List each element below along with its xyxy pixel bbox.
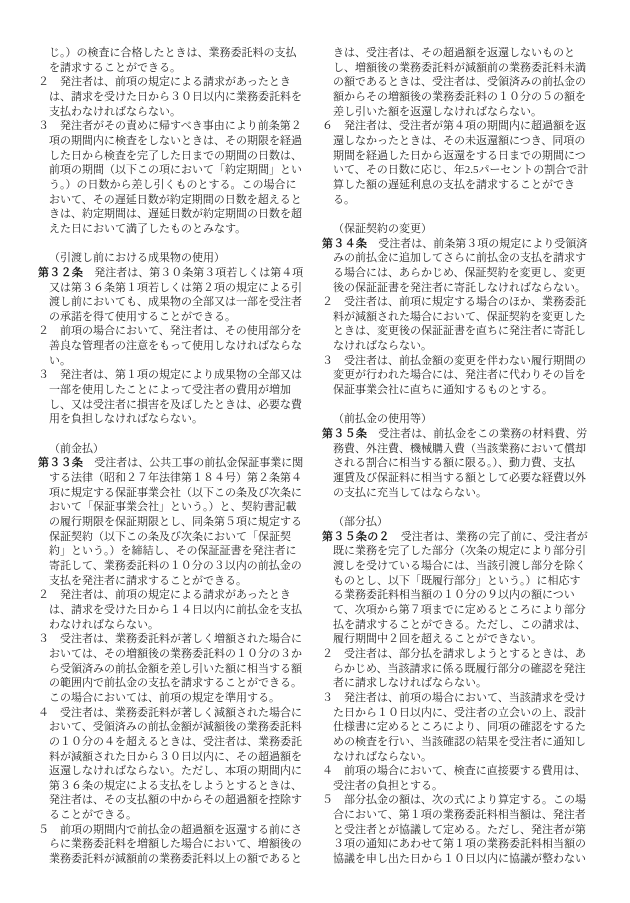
text-line: めの検査を行い、当該確認の結果を受注者に通知し <box>322 735 598 750</box>
text-line: の１０分の４を超えるときは、受注者は、業務委託 <box>38 735 314 750</box>
text-line: 合において、第１項の業務委託料相当額は、発注者 <box>322 808 598 823</box>
blank-line <box>38 427 314 442</box>
text-line: 用を負担しなければならない。 <box>38 412 314 427</box>
text-line: ることができる。 <box>38 808 314 823</box>
text-line: う。）の日数から差し引くものとする。この場合に <box>38 178 314 193</box>
text-line: 支払を発注者に請求することができる。 <box>38 574 314 589</box>
text-line: ３ 発注者は、第１項の規定により成果物の全部又は <box>38 368 314 383</box>
text-line: 前項の期間（以下この項において「約定期間」とい <box>38 163 314 178</box>
text-line: みの前払金に追加してさらに前払金の支払を請求す <box>322 251 598 266</box>
text-line: 料が減額された場合において、保証契約を変更した <box>322 310 598 325</box>
text-line: ２ 受注者は、前項に規定する場合のほか、業務委託 <box>322 295 598 310</box>
text-line: ４ 前項の場合において、検査に直接要する費用は、 <box>322 764 598 779</box>
text-line: 返還しなければならない。ただし、本項の期間内に <box>38 764 314 779</box>
text-line: らかじめ、当該請求に係る既履行部分の確認を発注 <box>322 662 598 677</box>
text-line: る場合には、あらかじめ、保証契約を変更し、変更 <box>322 266 598 281</box>
text-line: 項の期間内に検査をしないときは、その期限を経過 <box>38 134 314 149</box>
text-column-right: きは、受注者は、その超過額を返還しないものとし、増額後の業務委託料が減額前の業務… <box>322 46 598 867</box>
text-line: 支払わなければならない。 <box>38 105 314 120</box>
text-line: 者に請求しなければならない。 <box>322 676 598 691</box>
article-number: 第３５条の２ <box>322 531 390 543</box>
article-number: 第３４条 <box>322 238 367 250</box>
text-line: ４ 受注者は、業務委託料が著しく減額された場合に <box>38 706 314 721</box>
text-line: は、請求を受けた日から１４日以内に前払金を支払 <box>38 603 314 618</box>
text-line: ６ 発注者は、受注者が第４項の期間内に超過額を返 <box>322 119 598 134</box>
text-line: の支払に充当してはならない。 <box>322 486 598 501</box>
text-column-left: じ。）の検査に合格したときは、業務委託料の支払を請求することができる。２ 発注者… <box>38 46 314 867</box>
text-line: 発注者は、その支払額の中からその超過額を控除す <box>38 793 314 808</box>
text-line: 還しなかったときは、その未返還額につき、同項の <box>322 134 598 149</box>
text-line: ３ 発注者は、前項の場合において、当該請求を受け <box>322 691 598 706</box>
text-line: 又は第３６条第１項若しくは第２項の規定による引 <box>38 281 314 296</box>
text-line: 差し引いた額を返還しなければならない。 <box>322 105 598 120</box>
text-line: えた日において満了したものとみなす。 <box>38 222 314 237</box>
text-line: し、増額後の業務委託料が減額前の業務委託料未満 <box>322 61 598 76</box>
article-line: 第３２条 発注者は、第３０条第３項若しくは第４項 <box>38 266 314 281</box>
text-line: 項に規定する保証事業会社（以下この条及び次条に <box>38 486 314 501</box>
text-line: おいて、受領済みの前払金額が減額後の業務委託料 <box>38 720 314 735</box>
text-line: の履行期限を保証期限とし、同条第５項に規定する <box>38 515 314 530</box>
text-line: ５ 部分払金の額は、次の式により算定する。この場 <box>322 793 598 808</box>
text-line: ら受領済みの前払金額を差し引いた額に相当する額 <box>38 662 314 677</box>
text-line: 渡しを受けている場合には、当該引渡し部分を除く <box>322 559 598 574</box>
article-line: 第３３条 受注者は、公共工事の前払金保証事業に関 <box>38 456 314 471</box>
text-line: わなければならない。 <box>38 618 314 633</box>
text-line: 変更が行われた場合には、発注者に代わりその旨を <box>322 368 598 383</box>
blank-line <box>322 398 598 413</box>
text-line: ときは、変更後の保証証書を直ちに発注者に寄託し <box>322 324 598 339</box>
text-line: ２ 発注者は、前項の規定による請求があったとき <box>38 75 314 90</box>
text-line: の範囲内で前払金の支払を請求することができる。 <box>38 676 314 691</box>
text-line: この場合においては、前項の規定を準用する。 <box>38 691 314 706</box>
blank-line <box>322 500 598 515</box>
text-line: 後の保証証書を発注者に寄託しなければならない。 <box>322 281 598 296</box>
text-line: る業務委託料相当額の１０分の９以内の額につい <box>322 588 598 603</box>
text-line: ものとし、以下「既履行部分」という。）に相応す <box>322 574 598 589</box>
text-line: おいて「保証事業会社」という。）と、契約書記載 <box>38 500 314 515</box>
text-line: 受注者の負担とする。 <box>322 779 598 794</box>
article-line: 第３５条の２ 受注者は、業務の完了前に、受注者が <box>322 530 598 545</box>
text-line: じ。）の検査に合格したときは、業務委託料の支払 <box>38 46 314 61</box>
text-line: 払を請求することができる。ただし、この請求は、 <box>322 618 598 633</box>
text-line: 約」という。）を締結し、その保証証書を発注者に <box>38 544 314 559</box>
blank-line <box>322 207 598 222</box>
article-number: 第３５条 <box>322 428 367 440</box>
text-line: ２ 受注者は、部分払を請求しようとするときは、あ <box>322 647 598 662</box>
text-line: ３ 発注者がその責めに帰すべき事由により前条第２ <box>38 119 314 134</box>
article-line: 第３５条 受注者は、前払金をこの業務の材料費、労 <box>322 427 598 442</box>
text-line: なければならない。 <box>322 750 598 765</box>
text-line: を請求することができる。 <box>38 61 314 76</box>
text-line: 算した額の遅延利息の支払を請求することができ <box>322 178 598 193</box>
text-line: 履行期間中２回を超えることができない。 <box>322 632 598 647</box>
text-line: 保証契約（以下この条及び次条において「保証契 <box>38 530 314 545</box>
section-heading: （部分払） <box>322 515 598 530</box>
text-line: 料が減額された日から３０日以内に、その超過額を <box>38 750 314 765</box>
text-line: おいて、その遅延日数が約定期間の日数を超えると <box>38 193 314 208</box>
text-line: 業務委託料が減額前の業務委託料以上の額であると <box>38 852 314 867</box>
document-page: じ。）の検査に合格したときは、業務委託料の支払を請求することができる。２ 発注者… <box>0 0 630 903</box>
blank-line <box>38 237 314 252</box>
text-line: おいては、その増額後の業務委託料の１０分の３か <box>38 647 314 662</box>
text-line: の額であるときは、受注者は、受領済みの前払金の <box>322 75 598 90</box>
section-heading: （引渡し前における成果物の使用） <box>38 251 314 266</box>
text-line: ２ 前項の場合において、発注者は、その使用部分を <box>38 324 314 339</box>
text-line: 渡し前においても、成果物の全部又は一部を受注者 <box>38 295 314 310</box>
text-line: し、又は受注者に損害を及ぼしたときは、必要な費 <box>38 398 314 413</box>
text-line: 仕様書に定めるところにより、同項の確認をするた <box>322 720 598 735</box>
text-line: 額からその増額後の業務委託料の１０分の５の額を <box>322 90 598 105</box>
text-line: は、請求を受けた日から３０日以内に業務委託料を <box>38 90 314 105</box>
text-line: きは、受注者は、その超過額を返還しないものと <box>322 46 598 61</box>
text-line: 運賃及び保証料に相当する額として必要な経費以外 <box>322 471 598 486</box>
text-line: 期間を経過した日から返還をする日までの期間につ <box>322 149 598 164</box>
text-line: 善良な管理者の注意をもって使用しなければならな <box>38 339 314 354</box>
text-line: 第３６条の規定による支払をしようとするときは、 <box>38 779 314 794</box>
article-number: 第３２条 <box>38 267 83 279</box>
text-line: 寄託して、業務委託料の１０分の３以内の前払金の <box>38 559 314 574</box>
text-line: ３ 受注者は、業務委託料が著しく増額された場合に <box>38 632 314 647</box>
text-line: なければならない。 <box>322 339 598 354</box>
text-line: た日から１０日以内に、受注者の立会いの上、設計 <box>322 706 598 721</box>
text-line: 既に業務を完了した部分（次条の規定により部分引 <box>322 544 598 559</box>
text-line: らに業務委託料を増額した場合において、増額後の <box>38 837 314 852</box>
text-line: い。 <box>38 354 314 369</box>
text-line: する法律（昭和２７年法律第１８４号）第２条第４ <box>38 471 314 486</box>
section-heading: （前金払） <box>38 442 314 457</box>
text-line: て、次項から第７項までに定めるところにより部分 <box>322 603 598 618</box>
text-line: ２ 発注者は、前項の規定による請求があったとき <box>38 588 314 603</box>
text-line: る。 <box>322 193 598 208</box>
text-line: きは、約定期間は、遅延日数が約定期間の日数を超 <box>38 207 314 222</box>
text-line: ３ 受注者は、前払金額の変更を伴わない履行期間の <box>322 354 598 369</box>
text-line: の承諾を得て使用することができる。 <box>38 310 314 325</box>
text-line: ５ 前項の期間内で前払金の超過額を返還する前にさ <box>38 823 314 838</box>
article-number: 第３３条 <box>38 457 83 469</box>
text-line: 保証事業会社に直ちに通知するものとする。 <box>322 383 598 398</box>
text-line: される割合に相当する額に限る。）、動力費、支払 <box>322 456 598 471</box>
text-line: 務費、外注費、機械購入費（当該業務において償却 <box>322 442 598 457</box>
text-line: 一部を使用したことによって受注者の費用が増加 <box>38 383 314 398</box>
text-line: ３項の通知にあわせて第１項の業務委託料相当額の <box>322 837 598 852</box>
text-line: 協議を申し出た日から１０日以内に協議が整わない <box>322 852 598 867</box>
section-heading: （保証契約の変更） <box>322 222 598 237</box>
text-line: した日から検査を完了した日までの期間の日数は、 <box>38 149 314 164</box>
article-line: 第３４条 受注者は、前条第３項の規定により受領済 <box>322 237 598 252</box>
text-line: いて、その日数に応じ、年2.5パーセントの割合で計 <box>322 163 598 178</box>
text-line: と受注者とが協議して定める。ただし、発注者が第 <box>322 823 598 838</box>
section-heading: （前払金の使用等） <box>322 412 598 427</box>
